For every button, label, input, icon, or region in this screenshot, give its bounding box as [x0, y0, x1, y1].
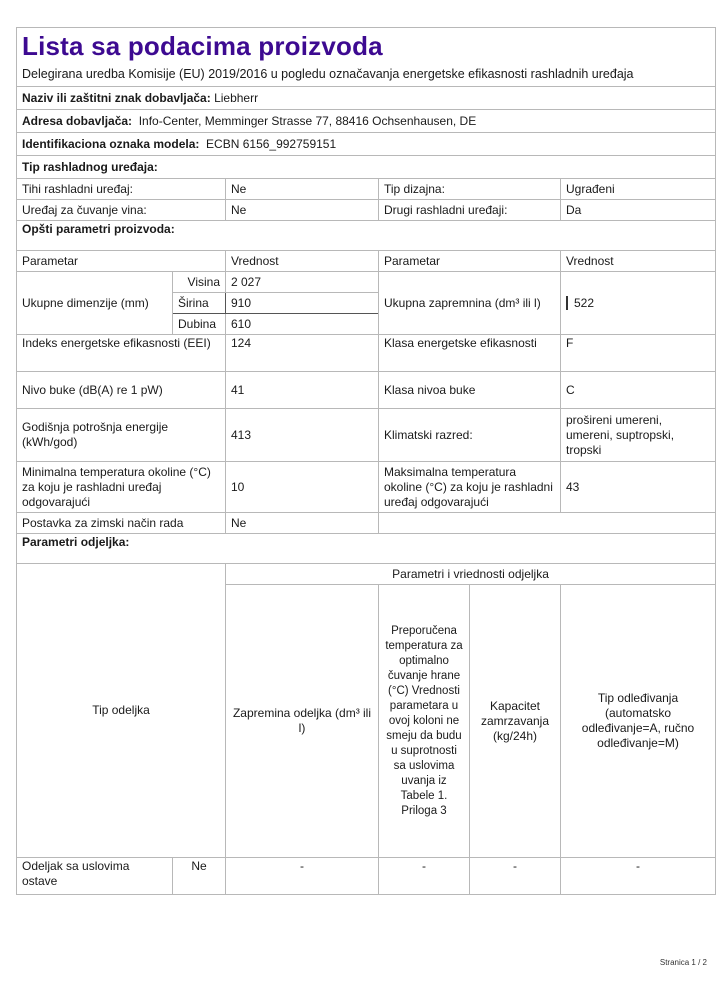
page-title: Lista sa podacima proizvoda [22, 30, 710, 62]
model-id-label: Identifikaciona oznaka modela: [22, 137, 199, 151]
title-cell: Lista sa podacima proizvoda Delegirana u… [17, 28, 716, 87]
compartment-params-heading: Parametri odjeljka: [17, 534, 716, 564]
param-label: Klasa energetske efikasnosti [379, 335, 561, 372]
supplier-address-value: Info-Center, Memminger Strasse 77, 88416… [132, 114, 476, 128]
device-type-label: Tihi rashladni uređaj: [17, 179, 226, 200]
general-params-heading: Opšti parametri proizvoda: [17, 221, 716, 251]
param-row-winter: Postavka za zimski način rada Ne [17, 513, 716, 534]
supplier-name-label: Naziv ili zaštitni znak dobavljača: [22, 91, 211, 105]
supplier-name-value: Liebherr [211, 91, 258, 105]
param-label: Minimalna temperatura okoline (°C) za ko… [17, 462, 226, 513]
column-header-compartment-type: Tip odeljka [17, 564, 226, 858]
param-row-noise: Nivo buke (dB(A) re 1 pW) 41 Klasa nivoa… [17, 372, 716, 409]
column-header-value: Vrednost [561, 251, 716, 272]
param-label: Maksimalna temperatura okoline (°C) za k… [379, 462, 561, 513]
supplier-name-row: Naziv ili zaštitni znak dobavljača: Lieb… [17, 87, 716, 110]
dimension-value: 610 [226, 314, 379, 335]
dimension-name: Dubina [173, 314, 226, 335]
page-number: Stranica 1 / 2 [660, 958, 707, 967]
param-label: Klimatski razred: [379, 409, 561, 462]
compartment-row: Odeljak sa uslovima ostave Ne - - - - [17, 858, 716, 895]
dimension-name: Širina [173, 293, 226, 314]
param-row-eei: Indeks energetske efikasnosti (EEI) 124 … [17, 335, 716, 372]
dimensions-label: Ukupne dimenzije (mm) [17, 272, 173, 335]
param-value: 10 [226, 462, 379, 513]
param-label: Indeks energetske efikasnosti (EEI) [17, 335, 226, 372]
device-type-row: Uređaj za čuvanje vina: Ne Drugi rashlad… [17, 200, 716, 221]
device-type-value: Ugrađeni [561, 179, 716, 200]
param-row-energy: Godišnja potrošnja energije (kWh/god) 41… [17, 409, 716, 462]
compartment-volume: - [226, 858, 379, 895]
param-label: Klasa nivoa buke [379, 372, 561, 409]
compartment-type: Odeljak sa uslovima ostave [17, 858, 173, 895]
total-volume-cell: 522 [561, 272, 716, 335]
param-value: prošireni umereni, umereni, suptropski, … [561, 409, 716, 462]
param-value: 41 [226, 372, 379, 409]
compartment-freezing: - [470, 858, 561, 895]
device-type-label: Tip dizajna: [379, 179, 561, 200]
compartment-defrost: - [561, 858, 716, 895]
param-value: 413 [226, 409, 379, 462]
device-type-label: Drugi rashladni uređaji: [379, 200, 561, 221]
device-type-value: Ne [226, 200, 379, 221]
product-info-table: Lista sa podacima proizvoda Delegirana u… [16, 27, 716, 895]
product-data-sheet: Lista sa podacima proizvoda Delegirana u… [16, 27, 715, 895]
compartment-group-header: Parametri i vriednosti odjeljka [226, 564, 716, 585]
winter-mode-label: Postavka za zimski način rada [17, 513, 226, 534]
total-volume-label: Ukupna zapremnina (dm³ ili l) [379, 272, 561, 335]
column-header-parameter: Parametar [379, 251, 561, 272]
device-type-row: Tihi rashladni uređaj: Ne Tip dizajna: U… [17, 179, 716, 200]
param-value: 124 [226, 335, 379, 372]
dimension-value: 2 027 [226, 272, 379, 293]
dimension-value: 910 [226, 293, 379, 314]
device-type-value: Ne [226, 179, 379, 200]
dimension-name: Visina [173, 272, 226, 293]
param-value: F [561, 335, 716, 372]
column-header-defrost-type: Tip odleđivanja (automatsko odleđivanje=… [561, 585, 716, 858]
device-type-label: Uređaj za čuvanje vina: [17, 200, 226, 221]
param-value: C [561, 372, 716, 409]
column-header-value: Vrednost [226, 251, 379, 272]
total-volume-value: 522 [566, 296, 594, 310]
column-header-volume: Zapremina odeljka (dm³ ili l) [226, 585, 379, 858]
compartment-temp: - [379, 858, 470, 895]
compartment-present: Ne [173, 858, 226, 895]
column-header-recommended-temp: Preporučena temperatura za optimalno čuv… [379, 585, 470, 858]
param-label: Nivo buke (dB(A) re 1 pW) [17, 372, 226, 409]
supplier-address-label: Adresa dobavljača: [22, 114, 132, 128]
model-id-value: ECBN 6156_992759151 [199, 137, 336, 151]
supplier-address-row: Adresa dobavljača: Info-Center, Memminge… [17, 110, 716, 133]
winter-mode-value: Ne [226, 513, 379, 534]
empty-cell [379, 513, 716, 534]
param-value: 43 [561, 462, 716, 513]
device-type-heading: Tip rashladnog uređaja: [17, 156, 716, 179]
regulation-subtitle: Delegirana uredba Komisije (EU) 2019/201… [22, 66, 710, 82]
model-id-row: Identifikaciona oznaka modela: ECBN 6156… [17, 133, 716, 156]
device-type-value: Da [561, 200, 716, 221]
general-params-header-row: Parametar Vrednost Parametar Vrednost [17, 251, 716, 272]
column-header-parameter: Parametar [17, 251, 226, 272]
param-label: Godišnja potrošnja energije (kWh/god) [17, 409, 226, 462]
param-row-temperature: Minimalna temperatura okoline (°C) za ko… [17, 462, 716, 513]
column-header-freezing-capacity: Kapacitet zamrzavanja (kg/24h) [470, 585, 561, 858]
